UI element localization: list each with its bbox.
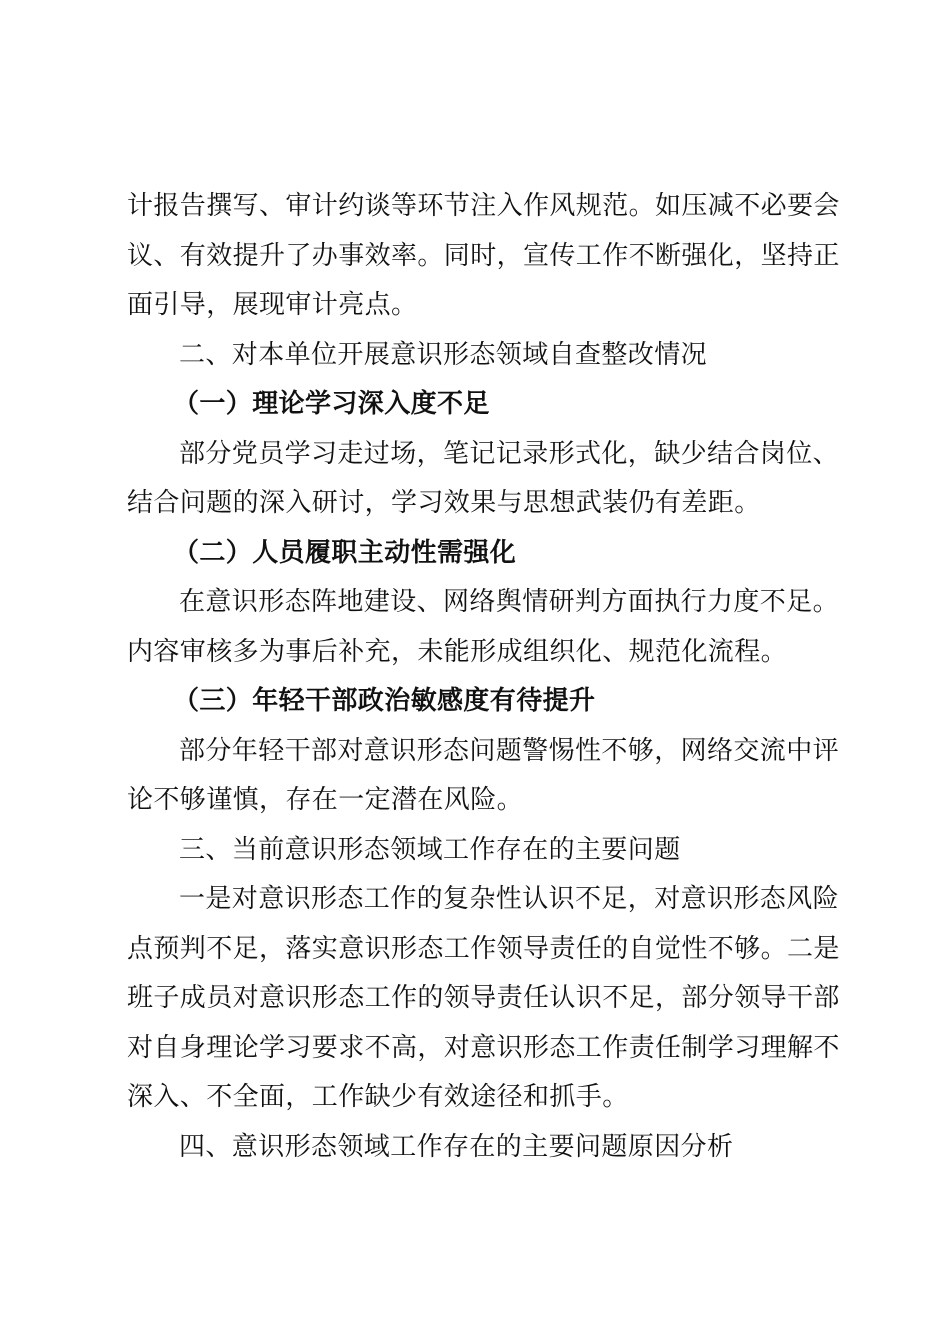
section-heading-4: 四、意识形态领域工作存在的主要问题原因分析 xyxy=(127,1123,832,1173)
subheading-text: （二）人员履职主动性需强化 xyxy=(173,529,832,579)
subheading-text: （三）年轻干部政治敏感度有待提升 xyxy=(173,677,832,727)
text-line: 面引导，展现审计亮点。 xyxy=(127,281,832,331)
text-line: 班子成员对意识形态工作的领导责任认识不足，部分领导干部 xyxy=(127,974,832,1024)
section-heading-2: 二、对本单位开展意识形态领域自查整改情况 xyxy=(127,331,832,381)
text-line: 在意识形态阵地建设、网络舆情研判方面执行力度不足。 xyxy=(127,578,832,628)
text-line: 一是对意识形态工作的复杂性认识不足，对意识形态风险 xyxy=(127,875,832,925)
subheading-1: （一）理论学习深入度不足 xyxy=(127,380,832,430)
text-line: 论不够谨慎，存在一定潜在风险。 xyxy=(127,776,832,826)
text-line: 部分年轻干部对意识形态问题警惕性不够，网络交流中评 xyxy=(127,727,832,777)
subheading-2: （二）人员履职主动性需强化 xyxy=(127,529,832,579)
subheading-3: （三）年轻干部政治敏感度有待提升 xyxy=(127,677,832,727)
body-paragraph-duty: 在意识形态阵地建设、网络舆情研判方面执行力度不足。 内容审核多为事后补充，未能形… xyxy=(127,578,832,677)
section-heading-3: 三、当前意识形态领域工作存在的主要问题 xyxy=(127,826,832,876)
subheading-text: （一）理论学习深入度不足 xyxy=(173,380,832,430)
body-paragraph-main-problems: 一是对意识形态工作的复杂性认识不足，对意识形态风险 点预判不足，落实意识形态工作… xyxy=(127,875,832,1123)
text-line: 深入、不全面，工作缺少有效途径和抓手。 xyxy=(127,1073,832,1123)
text-line: 内容审核多为事后补充，未能形成组织化、规范化流程。 xyxy=(127,628,832,678)
section-heading-text: 四、意识形态领域工作存在的主要问题原因分析 xyxy=(179,1123,832,1173)
text-line: 计报告撰写、审计约谈等环节注入作风规范。如压减不必要会 xyxy=(127,182,832,232)
text-line: 结合问题的深入研讨，学习效果与思想武装仍有差距。 xyxy=(127,479,832,529)
document-page: 计报告撰写、审计约谈等环节注入作风规范。如压减不必要会 议、有效提升了办事效率。… xyxy=(127,182,832,1172)
text-line: 议、有效提升了办事效率。同时，宣传工作不断强化，坚持正 xyxy=(127,232,832,282)
text-line: 部分党员学习走过场，笔记记录形式化，缺少结合岗位、 xyxy=(127,430,832,480)
body-paragraph-learning: 部分党员学习走过场，笔记记录形式化，缺少结合岗位、 结合问题的深入研讨，学习效果… xyxy=(127,430,832,529)
text-line: 对自身理论学习要求不高，对意识形态工作责任制学习理解不 xyxy=(127,1024,832,1074)
text-line: 点预判不足，落实意识形态工作领导责任的自觉性不够。二是 xyxy=(127,925,832,975)
body-paragraph-young-cadres: 部分年轻干部对意识形态问题警惕性不够，网络交流中评 论不够谨慎，存在一定潜在风险… xyxy=(127,727,832,826)
section-heading-text: 三、当前意识形态领域工作存在的主要问题 xyxy=(179,826,832,876)
section-heading-text: 二、对本单位开展意识形态领域自查整改情况 xyxy=(179,331,832,381)
body-paragraph-continuation: 计报告撰写、审计约谈等环节注入作风规范。如压减不必要会 议、有效提升了办事效率。… xyxy=(127,182,832,331)
